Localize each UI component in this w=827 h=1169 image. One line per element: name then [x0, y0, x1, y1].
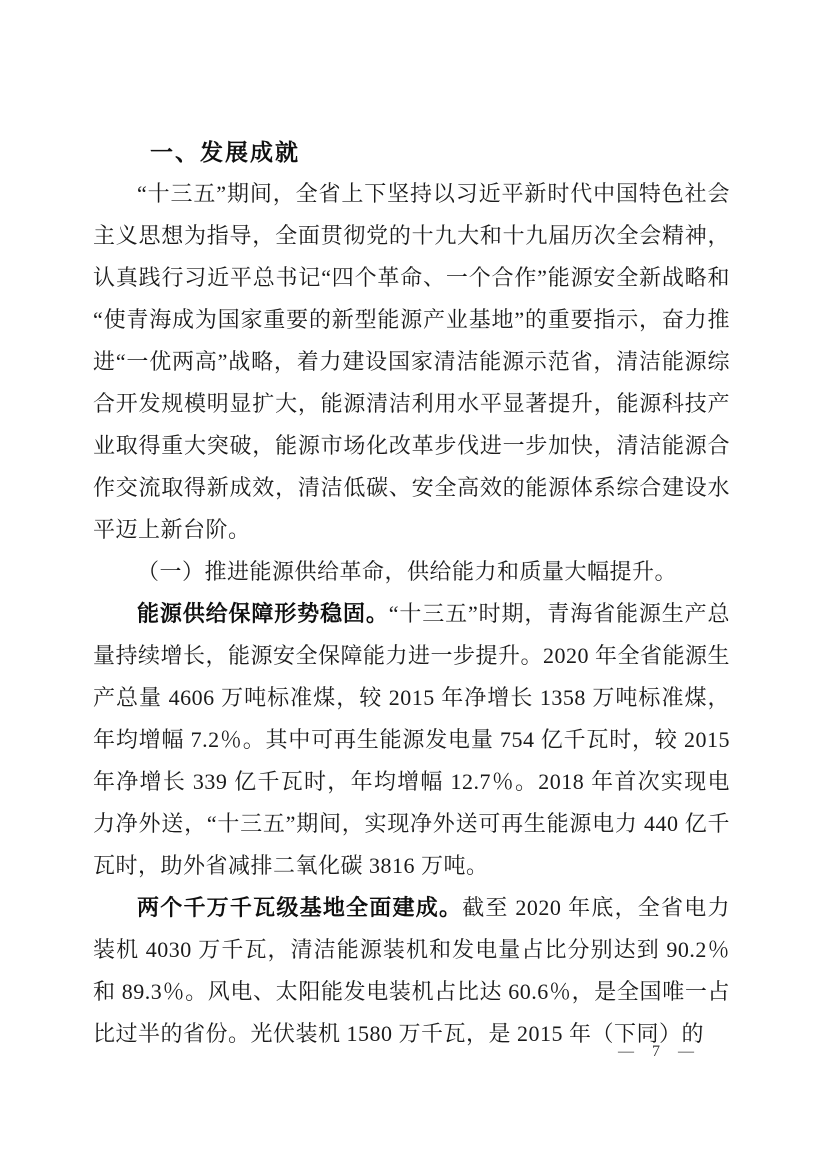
section-heading: 一、发展成就: [150, 131, 730, 173]
paragraph-overview: “十三五”期间，全省上下坚持以习近平新时代中国特色社会主义思想为指导，全面贯彻党…: [93, 173, 730, 551]
subsection-heading: （一）推进能源供给革命，供给能力和质量大幅提升。: [93, 551, 730, 593]
paragraph-energy-supply: 能源供给保障形势稳固。“十三五”时期，青海省能源生产总量持续增长，能源安全保障能…: [93, 593, 730, 887]
page-number: — 7 —: [618, 1042, 701, 1062]
document-content: 一、发展成就 “十三五”期间，全省上下坚持以习近平新时代中国特色社会主义思想为指…: [93, 131, 730, 1055]
document-page: 一、发展成就 “十三五”期间，全省上下坚持以习近平新时代中国特色社会主义思想为指…: [0, 0, 827, 1169]
paragraph-energy-supply-text: “十三五”时期，青海省能源生产总量持续增长，能源安全保障能力进一步提升。2020…: [93, 601, 730, 878]
paragraph-power-bases-lead: 两个千万千瓦级基地全面建成。: [137, 895, 462, 920]
paragraph-power-bases: 两个千万千瓦级基地全面建成。截至 2020 年底，全省电力装机 4030 万千瓦…: [93, 887, 730, 1055]
paragraph-energy-supply-lead: 能源供给保障形势稳固。: [137, 601, 389, 626]
